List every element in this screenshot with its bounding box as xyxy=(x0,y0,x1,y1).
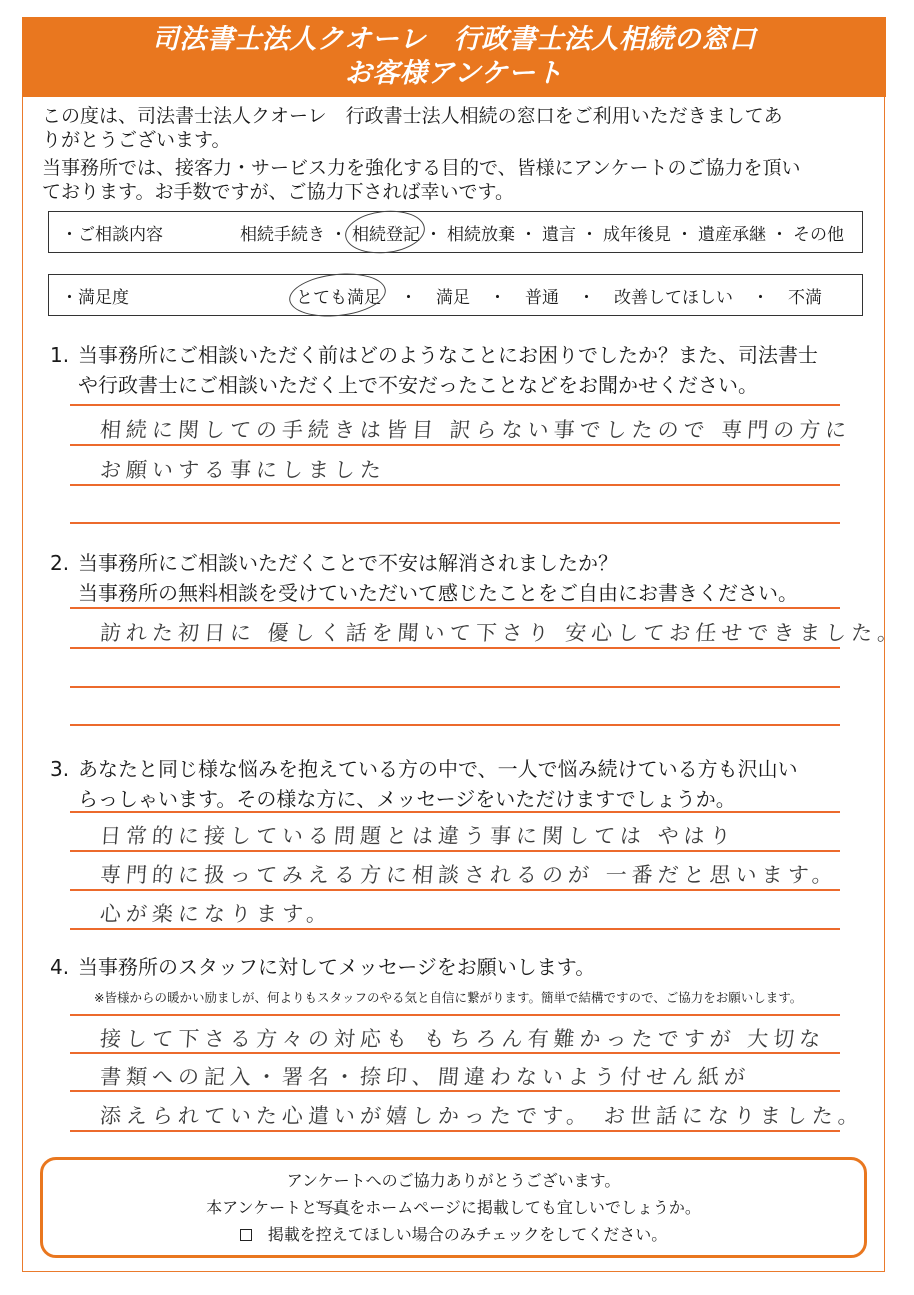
question-text: 当事務所にご相談いただく前はどのようなことにお困りでしたか？また、司法書士 xyxy=(78,343,818,367)
q1-answer-line-2[interactable]: お願いする事にしました xyxy=(99,454,387,484)
closing-publish-question: 本アンケートと写真をホームページに掲載しても宜しいでしょうか。 xyxy=(206,1194,701,1221)
separator: ・ xyxy=(421,220,446,245)
answer-rule xyxy=(70,1090,840,1092)
separator: ・ xyxy=(767,220,792,245)
question-text: 当事務所の無料相談を受けていただいて感じたことをご自由にお書きください。 xyxy=(50,578,850,608)
separator: ・ xyxy=(577,220,602,245)
option-estate-succession[interactable]: 遺産承継 xyxy=(697,220,767,245)
answer-rule xyxy=(70,607,840,609)
closing-box: アンケートへのご協力ありがとうございます。 本アンケートと写真をホームページに掲… xyxy=(40,1157,867,1258)
answer-rule xyxy=(70,1052,840,1054)
opt-out-label: 掲載を控えてほしい場合のみチェックをしてください。 xyxy=(268,1221,668,1248)
answer-rule xyxy=(70,1130,840,1132)
intro-text: りがとうございます。 xyxy=(42,129,230,151)
answer-rule xyxy=(70,522,840,524)
separator: ・ xyxy=(560,283,613,308)
header-subtitle: お客様アンケート xyxy=(345,57,563,91)
q1-answer-line-1[interactable]: 相続に関しての手続きは皆目 訳らない事でしたので 専門の方に xyxy=(99,414,852,444)
separator: ・ xyxy=(516,220,541,245)
q3-answer-line-2[interactable]: 専門的に扱ってみえる方に相談されるのが 一番だと思います。 xyxy=(99,859,839,889)
option-average[interactable]: 普通 xyxy=(524,283,560,308)
answer-rule xyxy=(70,811,840,813)
q4-answer-line-1[interactable]: 接して下さる方々の対応も もちろん有難かったですが 大切な xyxy=(99,1023,826,1053)
question-text: 当事務所のスタッフに対してメッセージをお願いします。 xyxy=(78,955,595,979)
header-title: 司法書士法人クオーレ 行政書士法人相続の窓口 xyxy=(152,23,756,57)
answer-rule xyxy=(70,647,840,649)
question-1: 1.当事務所にご相談いただく前はどのようなことにお困りでしたか？また、司法書士 … xyxy=(50,340,850,400)
struck-photo-text: 写真 xyxy=(317,1194,349,1221)
header-banner: 司法書士法人クオーレ 行政書士法人相続の窓口 お客様アンケート xyxy=(22,17,886,97)
q2-answer-line-1[interactable]: 訪れた初日に 優しく話を聞いて下さり 安心してお任せできました。 xyxy=(99,617,904,647)
question-number: 3. xyxy=(50,754,78,784)
question-number: 2. xyxy=(50,548,78,578)
intro-text: 当事務所では、接客力・サービス力を強化する目的で、皆様にアンケートのご協力を頂い xyxy=(42,157,800,179)
option-inheritance-registration-selected[interactable]: 相続登記 xyxy=(351,220,421,245)
separator: ・ xyxy=(382,283,435,308)
satisfaction-options: とても満足 ・ 満足 ・ 普通 ・ 改善してほしい ・ 不満 xyxy=(295,283,823,308)
answer-rule xyxy=(70,484,840,486)
q3-answer-line-3[interactable]: 心が楽になります。 xyxy=(99,898,333,928)
option-needs-improvement[interactable]: 改善してほしい xyxy=(613,283,734,308)
option-other[interactable]: その他 xyxy=(792,220,845,245)
closing-thanks: アンケートへのご協力ありがとうございます。 xyxy=(287,1167,621,1194)
opt-out-checkbox[interactable] xyxy=(240,1229,252,1241)
answer-rule xyxy=(70,1014,840,1016)
intro-text: この度は、司法書士法人クオーレ 行政書士法人相続の窓口をご利用いただきましてあ xyxy=(42,105,783,127)
question-text: あなたと同じ様な悩みを抱えている方の中で、一人で悩み続けている方も沢山い xyxy=(78,757,798,781)
option-very-satisfied-selected[interactable]: とても満足 xyxy=(295,283,382,308)
q4-answer-line-2[interactable]: 書類への記入・署名・捺印、間違わないよう付せん紙が xyxy=(99,1061,751,1091)
question-text: や行政書士にご相談いただく上で不安だったことなどをお聞かせください。 xyxy=(50,370,850,400)
option-dissatisfied[interactable]: 不満 xyxy=(787,283,823,308)
consultation-box: ・ご相談内容 相続手続き ・ 相続登記 ・ 相続放棄 ・ 遺言 ・ 成年後見 ・… xyxy=(48,211,863,253)
question-3: 3.あなたと同じ様な悩みを抱えている方の中で、一人で悩み続けている方も沢山い ら… xyxy=(50,754,850,814)
satisfaction-box: ・満足度 とても満足 ・ 満足 ・ 普通 ・ 改善してほしい ・ 不満 xyxy=(48,274,863,316)
separator: ・ xyxy=(672,220,697,245)
separator: ・ xyxy=(734,283,787,308)
intro-paragraph-1: この度は、司法書士法人クオーレ 行政書士法人相続の窓口をご利用いただきましてあ … xyxy=(42,104,872,152)
answer-rule xyxy=(70,686,840,688)
answer-rule xyxy=(70,928,840,930)
answer-rule xyxy=(70,850,840,852)
intro-paragraph-2: 当事務所では、接客力・サービス力を強化する目的で、皆様にアンケートのご協力を頂い… xyxy=(42,156,872,204)
closing-text: をホームページに掲載しても宜しいでしょうか。 xyxy=(349,1194,701,1221)
option-satisfied[interactable]: 満足 xyxy=(435,283,471,308)
option-inheritance-renunciation[interactable]: 相続放棄 xyxy=(446,220,516,245)
separator: ・ xyxy=(471,283,524,308)
question-text: らっしゃいます。その様な方に、メッセージをいただけますでしょうか。 xyxy=(50,784,850,814)
answer-rule xyxy=(70,889,840,891)
answer-rule xyxy=(70,404,840,406)
closing-text: 本アンケートと xyxy=(206,1194,317,1221)
consultation-options: 相続手続き ・ 相続登記 ・ 相続放棄 ・ 遺言 ・ 成年後見 ・ 遺産承継 ・… xyxy=(239,220,845,245)
option-inheritance-procedure[interactable]: 相続手続き xyxy=(239,220,326,245)
satisfaction-label: ・満足度 xyxy=(61,283,129,308)
option-adult-guardianship[interactable]: 成年後見 xyxy=(602,220,672,245)
option-will[interactable]: 遺言 xyxy=(541,220,577,245)
closing-opt-out: 掲載を控えてほしい場合のみチェックをしてください。 xyxy=(240,1221,668,1248)
question-number: 1. xyxy=(50,340,78,370)
question-4: 4.当事務所のスタッフに対してメッセージをお願いします。 xyxy=(50,952,850,982)
question-text: 当事務所にご相談いただくことで不安は解消されましたか？ xyxy=(78,551,618,575)
intro-text: ております。お手数ですが、ご協力下されば幸いです。 xyxy=(42,181,514,203)
question-4-note: ※皆様からの暖かい励ましが、何よりもスタッフのやる気と自信に繋がります。簡単で結… xyxy=(94,988,802,1006)
question-number: 4. xyxy=(50,952,78,982)
q4-answer-line-3[interactable]: 添えられていた心遣いが嬉しかったです。 お世話になりました。 xyxy=(99,1100,865,1130)
answer-rule xyxy=(70,724,840,726)
question-2: 2.当事務所にご相談いただくことで不安は解消されましたか？ 当事務所の無料相談を… xyxy=(50,548,850,608)
consultation-label: ・ご相談内容 xyxy=(61,220,163,245)
answer-rule xyxy=(70,444,840,446)
q3-answer-line-1[interactable]: 日常的に接している問題とは違う事に関しては やはり xyxy=(99,820,737,850)
